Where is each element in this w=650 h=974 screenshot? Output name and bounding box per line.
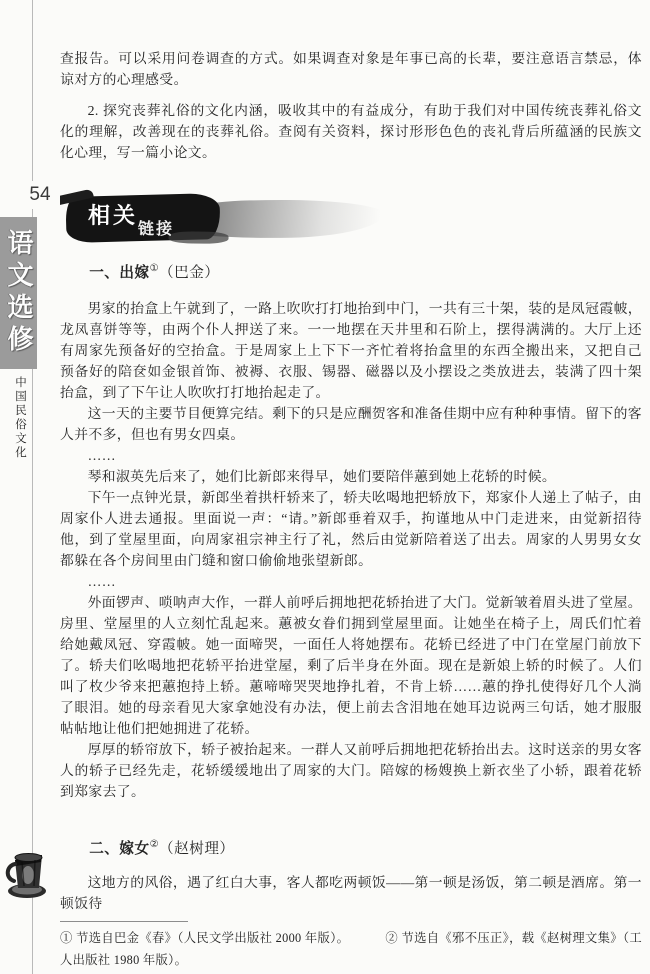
margin-rule [32,0,33,974]
paragraph: 这一天的主要节目便算完结。剩下的只是应酬贺客和准备佳期中应有种种事情。留下的客人… [60,403,642,445]
section-author: （赵树理） [159,841,234,857]
footnote-ref-mark: ① [150,263,159,274]
paragraph: 男家的抬盒上午就到了，一路上吹吹打打地抬到中门，一共有三十架，装的是凤冠霞帔，龙… [60,298,642,403]
footnote-separator [60,921,188,922]
page-number: 54 [20,181,60,209]
teapot-illustration-icon [2,848,50,902]
banner-title-sub: 链接 [138,216,174,239]
sidebar-series-title: 语文选修 [0,229,37,357]
footnote-text: 节选自巴金《春》（人民文学出版社 2000 年版）。 [76,931,349,945]
paragraph: 厚厚的轿帘放下，轿子被抬起来。一群人又前呼后拥地把花轿抬出去。这时送亲的男女客人… [60,739,642,802]
ellipsis-line: …… [60,571,642,592]
footnote-marker: ① [60,931,73,945]
section-title: 一、出嫁 [89,265,149,281]
paragraph: 查报告。可以采用问卷调查的方式。如果调查对象是年事已高的长辈，要注意语言禁忌，体… [60,48,642,90]
paragraph: 这地方的风俗，遇了红白大事，客人都吃两顿饭——第一顿是汤饭，第二顿是酒席。第一顿… [60,872,642,914]
footnotes: ① 节选自巴金《春》（人民文学出版社 2000 年版）。② 节选自《邪不压正》，… [60,928,642,971]
footnote-marker: ② [385,931,398,945]
related-links-banner: 相关 链接 [60,193,642,245]
ellipsis-line: …… [60,445,642,466]
paragraph: 外面锣声、唢呐声大作，一群人前呼后拥地把花轿抬进了大门。觉新皱着眉头进了堂屋。房… [60,592,642,739]
section-author: （巴金） [159,265,219,281]
banner-title-main: 相关 [88,199,138,230]
paragraph: 琴和淑英先后来了，她们比新郎来得早，她们要陪伴蕙到她上花轿的时候。 [60,466,642,487]
paragraph: 2. 探究丧葬礼俗的文化内涵，吸收其中的有益成分，有助于我们对中国传统丧葬礼俗文… [60,100,642,163]
sidebar-series-subtitle: 中国民俗文化 [12,376,28,460]
paragraph: 下午一点钟光景，新郎坐着拱杆轿来了，轿夫吆喝地把轿放下，郑家仆人递上了帖子，由周… [60,487,642,571]
sidebar-series-block: 语文选修 [0,217,37,369]
main-text-column: 查报告。可以采用问卷调查的方式。如果调查对象是年事已高的长辈，要注意语言禁忌，体… [60,48,642,971]
section-title: 二、嫁女 [89,841,149,857]
footnote-ref-mark: ② [150,839,159,850]
section-heading: 一、出嫁①（巴金） [60,258,642,284]
section-heading: 二、嫁女②（赵树理） [60,834,642,860]
